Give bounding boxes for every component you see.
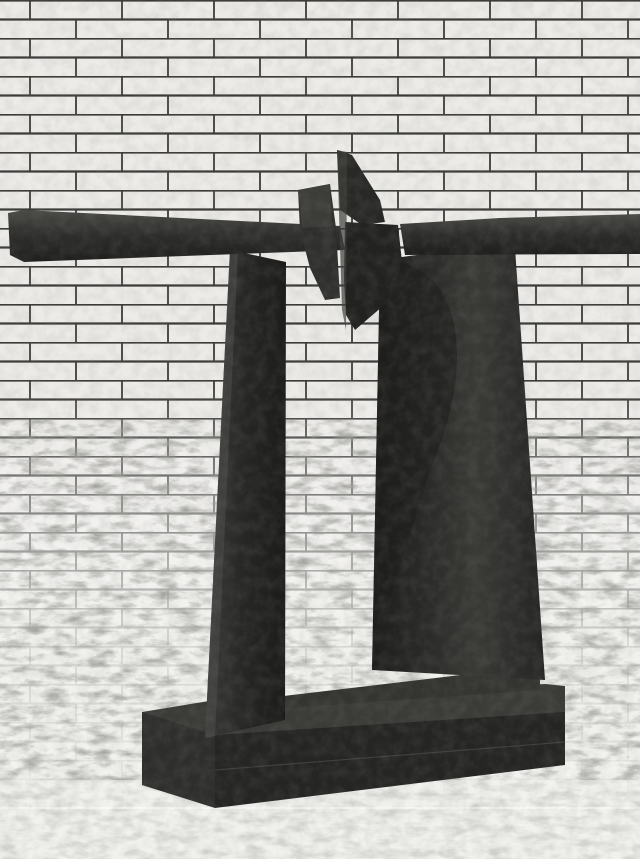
film-grain [0,0,640,859]
sculpture-photograph [0,0,640,859]
